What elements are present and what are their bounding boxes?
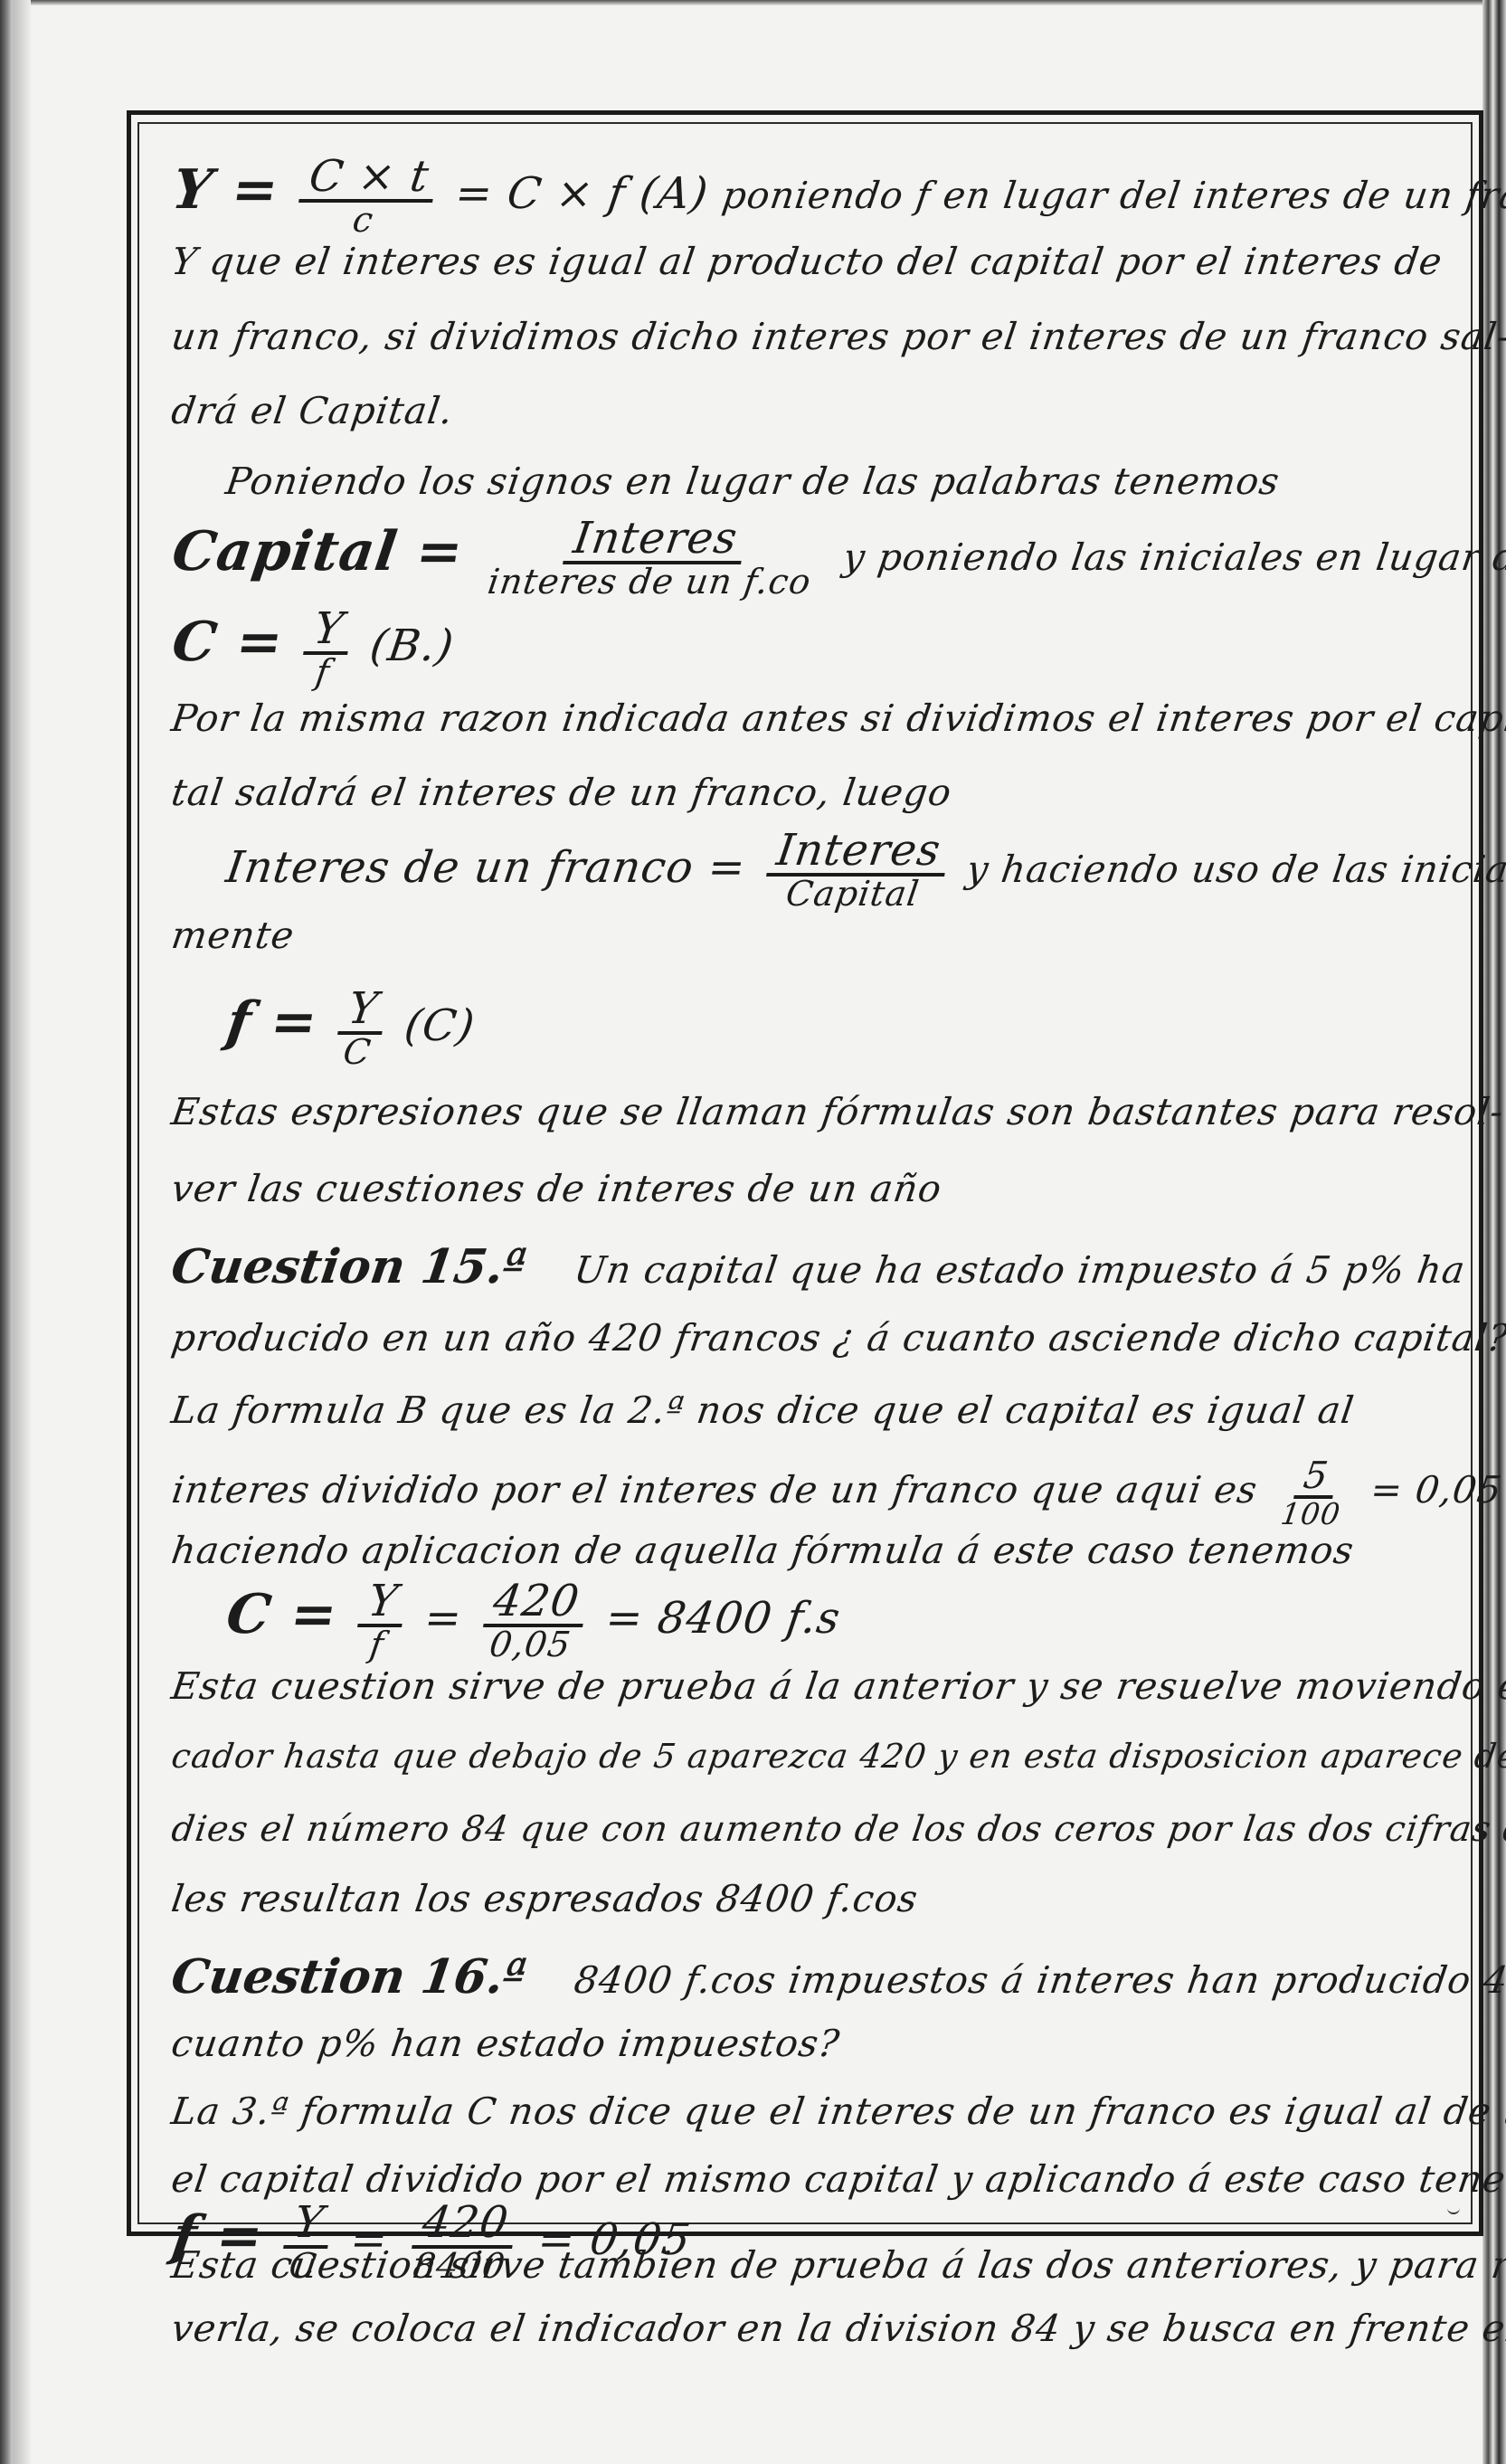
formula-line-interest: Y = C × t c = C × f (A) poniendo f en lu… <box>166 154 1506 240</box>
text-line: Esta cuestion sirve de prueba á la anter… <box>169 1664 1506 1708</box>
question-16: Cuestion 16.ª 8400 f.cos impuestos á int… <box>168 1949 1506 2004</box>
formula-line-c: f = Y C (C) <box>220 986 480 1072</box>
formula-rest: = 0,05 y <box>1368 1468 1506 1512</box>
fraction: 5 100 <box>1272 1456 1356 1530</box>
question-heading: Cuestion 15.ª <box>168 1239 530 1294</box>
line-text: y haciendo uso de las iniciales sola- <box>964 848 1506 891</box>
formula-lhs: f = <box>223 990 322 1054</box>
formula-line-capital: Capital = Interes interes de un f.co y p… <box>166 516 1506 602</box>
formula-result: = 8400 f.s <box>602 1593 844 1644</box>
formula-lhs: Capital = <box>168 520 468 583</box>
fraction: Interes interes de un f.co <box>478 516 828 602</box>
fraction: 420 0,05 <box>478 1578 590 1664</box>
formula-line-b: C = Y f (B.) <box>166 606 459 692</box>
text-line: un franco, si dividimos dicho interes po… <box>169 315 1506 358</box>
line-text: poniendo f en lugar del interes de un fr… <box>719 174 1506 217</box>
text-line: Esta cuestion sirve tambien de prueba á … <box>169 2243 1506 2287</box>
page-stack-edge <box>13 0 31 2464</box>
formula-line-q15: C = Y f = 420 0,05 = 8400 f.s <box>220 1578 846 1664</box>
text-line: ver las cuestiones de interes de un año <box>169 1167 945 1210</box>
question-15: Cuestion 15.ª Un capital que ha estado i… <box>168 1239 1470 1294</box>
formula-line-rate: Interes de un franco = Interes Capital y… <box>220 828 1506 914</box>
text-line: Por la misma razon indicada antes si div… <box>169 697 1506 740</box>
question-heading: Cuestion 16.ª <box>168 1949 530 2004</box>
text-line: les resultan los espresados 8400 f.cos <box>169 1877 922 1920</box>
question-text: Un capital que ha estado impuesto á 5 p%… <box>572 1248 1468 1292</box>
text-line: cador hasta que debajo de 5 aparezca 420… <box>169 1737 1506 1776</box>
formula-rest: = C × f (A) <box>452 168 712 219</box>
fraction: Y C <box>333 986 389 1072</box>
line-text: y poniendo las iniciales en lugar de los… <box>840 535 1506 579</box>
line-text: interes dividido por el interes de un fr… <box>169 1468 1260 1512</box>
text-line: haciendo aplicacion de aquella fórmula á… <box>169 1529 1357 1572</box>
formula-lhs: C = <box>168 611 288 674</box>
formula-label: (C) <box>402 1000 478 1051</box>
text-line: mente <box>169 914 298 957</box>
text-line: Estas espresiones que se llaman fórmulas… <box>169 1090 1506 1133</box>
question-text: 8400 f.cos impuestos á interes han produ… <box>572 1958 1506 2002</box>
formula-lhs: Y = <box>168 158 283 222</box>
book-binding-shadow <box>0 0 13 2464</box>
text-line: dies el número 84 que con aumento de los… <box>169 1809 1506 1850</box>
text-line: Poniendo los signos en lugar de las pala… <box>223 460 1283 503</box>
text-line: verla, se coloca el indicador en la divi… <box>169 2307 1506 2350</box>
text-line: el capital dividido por el mismo capital… <box>169 2157 1506 2201</box>
formula-label: (B.) <box>367 621 458 671</box>
text-line: tal saldrá el interes de un franco, lueg… <box>169 771 955 814</box>
fraction: Interes Capital <box>761 828 951 914</box>
text-line-with-fraction: interes dividido por el interes de un fr… <box>166 1456 1506 1530</box>
formula-lhs: Interes de un franco = <box>223 842 750 893</box>
formula-lhs: C = <box>223 1583 342 1646</box>
text-line: La 3.ª formula C nos dice que el interes… <box>169 2090 1506 2133</box>
fraction: Y f <box>298 606 355 692</box>
text-line: Y que el interes es igual al producto de… <box>169 240 1445 283</box>
text-line: drá el Capital. <box>169 389 457 432</box>
text-line: La formula B que es la 2.ª nos dice que … <box>169 1388 1358 1432</box>
text-line: producido en un año 420 francos ¿ á cuan… <box>169 1316 1506 1360</box>
fraction: Y f <box>353 1578 409 1664</box>
page-top-edge <box>0 0 1506 5</box>
fraction: C × t c <box>294 154 440 240</box>
text-line: cuanto p% han estado impuestos? <box>169 2022 843 2065</box>
